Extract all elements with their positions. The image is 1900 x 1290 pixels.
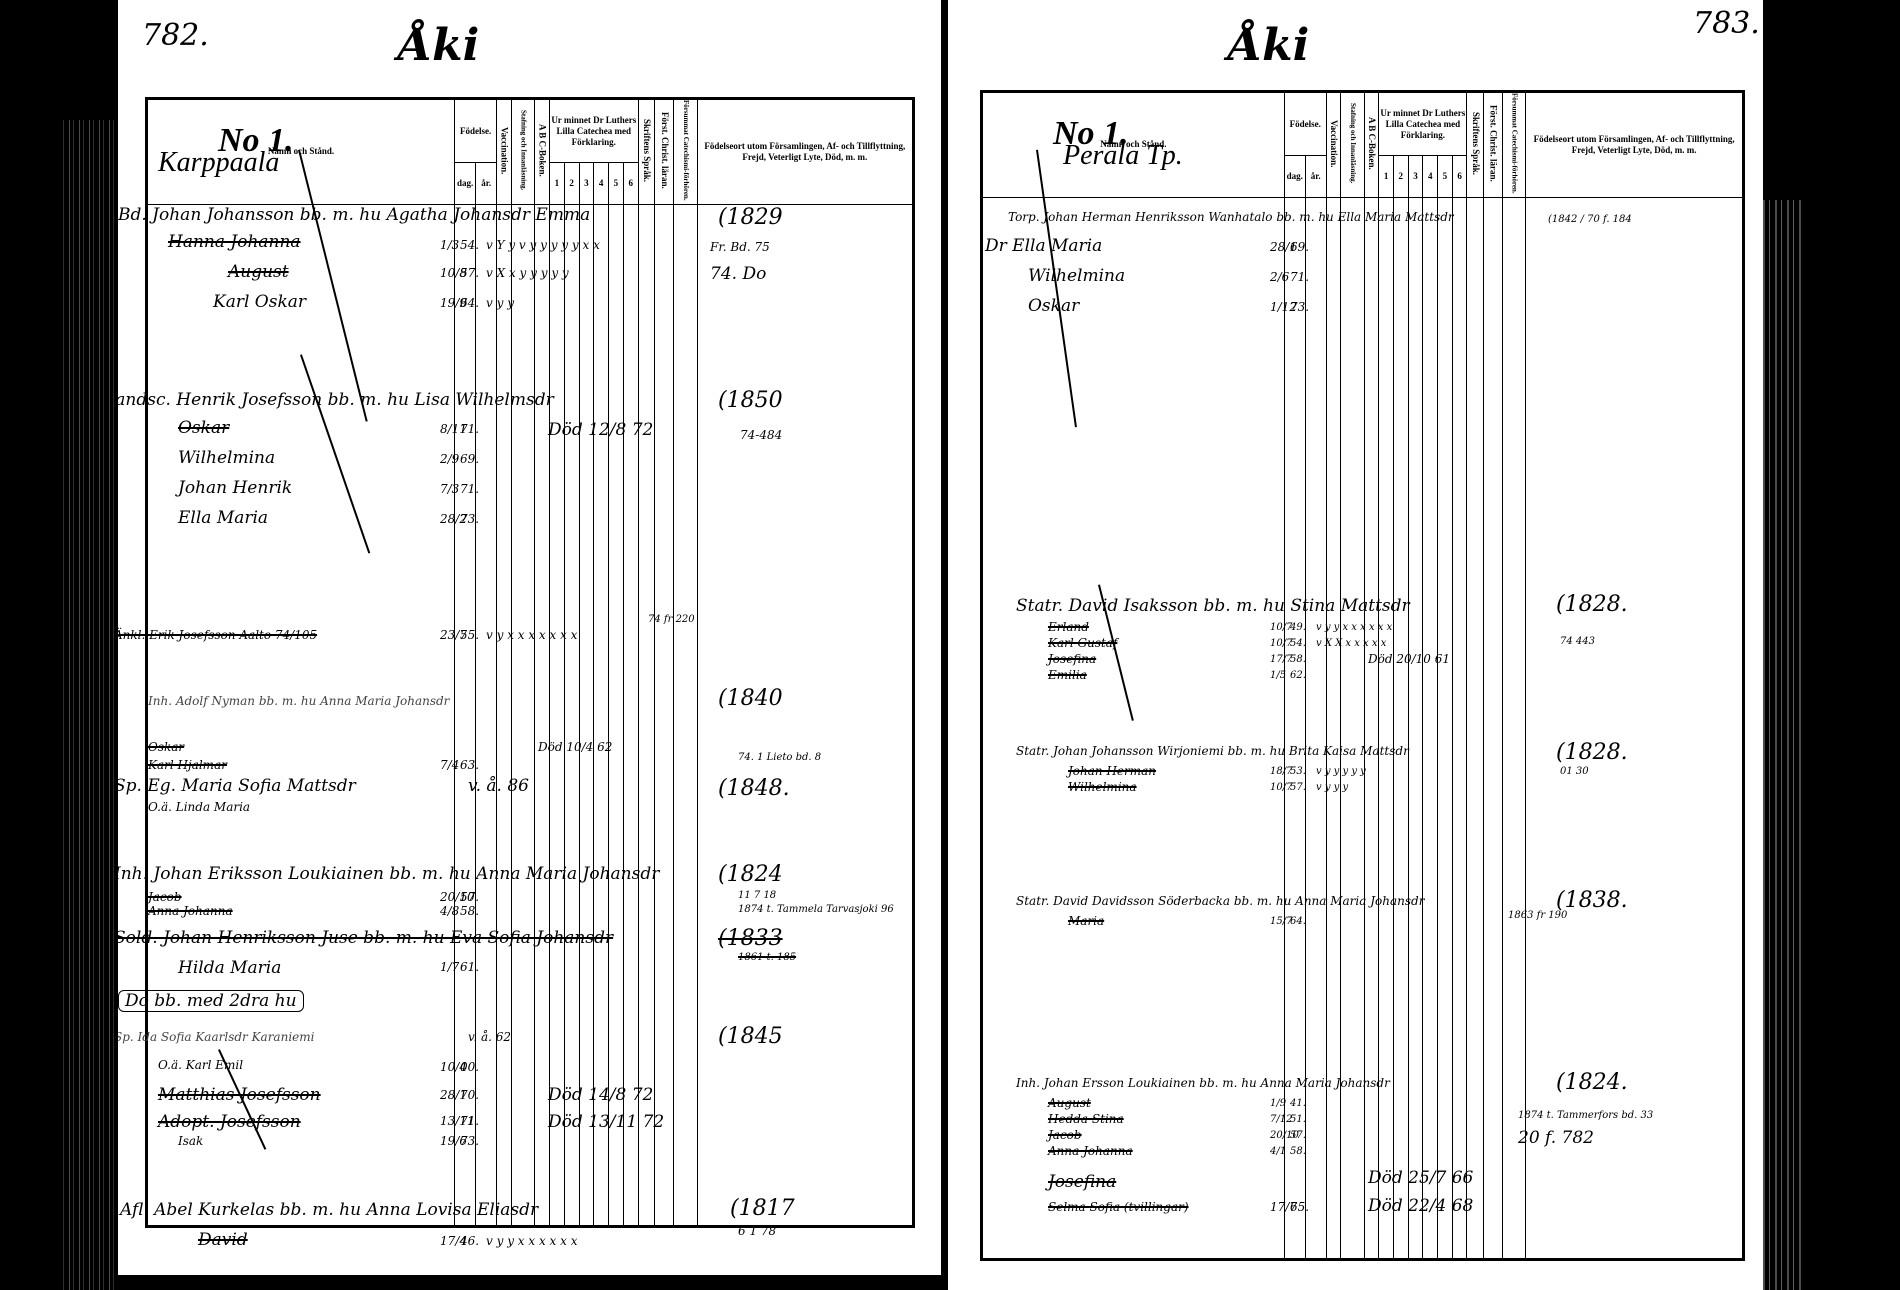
note: 01 30 — [1560, 766, 1589, 777]
note-year: (1824 — [718, 862, 783, 887]
death-status: Död 12/8 72 — [548, 420, 653, 440]
catechism-col-5: 5 — [609, 163, 624, 204]
entry-name: Afl. Abel Kurkelas bb. m. hu Anna Lovisa… — [120, 1200, 538, 1220]
catechism-header: Ur minnet Dr Luthers Lilla Catechea med … — [1379, 92, 1467, 156]
birth-year: 73. — [460, 1134, 479, 1148]
entry-name: Ella Maria — [178, 508, 268, 528]
exam-marks: v y y y — [1316, 782, 1348, 793]
exam-marks: v y y x x x x x x — [1316, 622, 1392, 633]
house-number: No 1. — [983, 128, 1284, 139]
note-year: (1828. — [1556, 592, 1628, 617]
note: 1861 t. 185 — [738, 952, 796, 963]
note-year: (1848. — [718, 776, 790, 801]
birth-header: Födelse. — [1284, 92, 1326, 156]
exam-marks: v y y y y y — [1316, 766, 1366, 777]
entry-name: Sp. Ida Sofia Kaarlsdr Karaniemi — [118, 1030, 314, 1044]
entry-name: Johan Herman — [1068, 764, 1156, 778]
entry-name: Inh. Johan Ersson Loukiainen bb. m. hu A… — [1016, 1076, 1390, 1090]
birth-year: 57. — [460, 890, 479, 904]
birth-day: 7/4 — [440, 758, 459, 772]
note: 74 fr 220 — [648, 614, 695, 625]
birth-year: 57. — [1290, 1130, 1306, 1141]
catechism-header: Ur minnet Dr Luthers Lilla Catechea med … — [549, 99, 638, 163]
birth-year: 57. — [1290, 782, 1306, 793]
entry-name: Torp. Johan Herman Henriksson Wanhatalo … — [1008, 210, 1454, 224]
entry-name: Josefina — [1048, 652, 1096, 666]
death-status: Död 22/4 68 — [1368, 1196, 1473, 1216]
exam-marks: v y x x x x x x x — [486, 628, 577, 642]
village-name: Perala Tp. — [983, 150, 1284, 161]
entry-name: O.ä. Karl Emil — [158, 1058, 243, 1072]
birth-day-header: dag. — [1284, 156, 1305, 197]
birth-year-header: år. — [1305, 156, 1326, 197]
exam-marks: v y y — [486, 296, 514, 310]
catechism-col-2: 2 — [1393, 156, 1408, 197]
entry-name: August — [228, 262, 289, 282]
birth-year: 63. — [460, 758, 479, 772]
note-year: (1840 — [718, 686, 783, 711]
note-year: (1817 — [730, 1196, 795, 1221]
note: 1863 fr 190 — [1508, 910, 1567, 921]
birth-year: 58. — [1290, 1146, 1306, 1157]
note: 74 443 — [1560, 636, 1595, 647]
note: 20 f. 782 — [1518, 1128, 1594, 1148]
entry-name: Änkl. Erik Josefsson Aalto 74/105 — [118, 628, 317, 642]
birth-day: 1/9 — [1270, 1098, 1286, 1109]
entry-name: Anna Johanna — [1048, 1144, 1133, 1158]
birth-year: 46. — [460, 1234, 479, 1248]
birth-header: Födelse. — [455, 99, 497, 163]
birth-day: 4/8 — [440, 904, 459, 918]
catechism-col-6: 6 — [623, 163, 638, 204]
birth-day: 1/7 — [440, 960, 459, 974]
entry-name: Hanna Johanna — [168, 232, 301, 252]
catechism-col-4: 4 — [1423, 156, 1438, 197]
vaccination-header: Vaccination. — [1326, 92, 1341, 198]
exam-marks: v X x y y y y y — [486, 266, 569, 280]
entry-name: Adopt. Josefsson — [158, 1112, 301, 1132]
death-status: Död 25/7 66 — [1368, 1168, 1473, 1188]
birth-year: 41. — [1290, 1098, 1306, 1109]
scan-border-left — [60, 120, 118, 1290]
notes-header: Födelseort utom Församlingen, Af- och Ti… — [697, 99, 913, 205]
scripture-header: Skriftens Språk. — [638, 99, 655, 205]
abc-header: A B C-Boken. — [535, 99, 550, 205]
catechism-col-4: 4 — [594, 163, 609, 204]
entry-name: August — [1048, 1096, 1091, 1110]
entry-name: Do bb. med 2dra hu — [118, 990, 304, 1012]
entry-name: Bd. Johan Johansson bb. m. hu Agatha Joh… — [118, 205, 590, 225]
birth-year: 65. — [1290, 1200, 1309, 1214]
birth-year: 61. — [460, 960, 479, 974]
birth-day: 1/3 — [440, 238, 459, 252]
catechism-col-3: 3 — [579, 163, 594, 204]
birth-day: 1/5 — [1270, 670, 1286, 681]
birth-year-header: år. — [476, 163, 497, 204]
entry-name: Emilia — [1048, 668, 1087, 682]
birth-year: 64. — [460, 296, 479, 310]
birth-day: 7/3 — [440, 482, 459, 496]
death-status: Död 14/8 72 — [548, 1085, 653, 1105]
note: 1874 t. Tammela Tarvasjoki 96 — [738, 904, 894, 915]
note: (1842 / 70 f. 184 — [1548, 214, 1632, 225]
entry-name: Hilda Maria — [178, 958, 281, 978]
birth-day-header: dag. — [455, 163, 476, 204]
birth-year: 64. — [1290, 916, 1306, 927]
christian-header: Först. Christ. läran. — [1484, 92, 1503, 198]
entry-name: Josefina — [1048, 1172, 1116, 1192]
birth-year: 00. — [460, 1060, 479, 1074]
missed-header: Försummat Catechismi-förhören. — [1503, 92, 1526, 198]
note-year: (1828. — [1556, 740, 1628, 765]
scan-border-right — [1763, 200, 1803, 1290]
status: v. å. 62 — [468, 1030, 511, 1044]
entry-name: Landsc. Henrik Josefsson bb. m. hu Lisa … — [118, 390, 554, 410]
entry-name: Wilhelmina — [1028, 266, 1125, 286]
abc-header: A B C-Boken. — [1364, 92, 1379, 198]
entry-name: Johan Henrik — [178, 478, 292, 498]
entry-name: Karl Hjalmar — [148, 758, 227, 772]
entry-name: Oskar — [178, 418, 229, 438]
scripture-header: Skriftens Språk. — [1467, 92, 1484, 198]
page-number: 783. — [1693, 6, 1760, 41]
catechism-col-5: 5 — [1438, 156, 1453, 197]
birth-year: 71. — [460, 482, 479, 496]
entry-name: Matthias Josefsson — [158, 1085, 321, 1105]
note: 6 1 78 — [738, 1224, 776, 1238]
vaccination-header: Vaccination. — [497, 99, 512, 205]
catechism-col-2: 2 — [564, 163, 579, 204]
entry-name: Isak — [178, 1134, 203, 1148]
missed-header: Försummat Catechismi-förhören. — [674, 99, 697, 205]
entry-name: Sold. Johan Henriksson Juse bb. m. hu Ev… — [118, 928, 613, 948]
note: 11 7 18 — [738, 890, 776, 901]
status: v. å. 86 — [468, 776, 529, 796]
birth-year: 70. — [460, 1088, 479, 1102]
birth-year: 57. — [460, 266, 479, 280]
birth-year: 54. — [1290, 638, 1306, 649]
entry-name: Jacob — [1048, 1128, 1082, 1142]
exam-marks: v X X x x x x x — [1316, 638, 1386, 649]
entry-name: Karl Gustaf — [1048, 636, 1117, 650]
note: 1874 t. Tammerfors bd. 33 — [1518, 1110, 1653, 1121]
note: 74. 1 Lieto bd. 8 — [738, 752, 821, 763]
birth-year: 71. — [460, 1114, 479, 1128]
entry-name: Hedda Stina — [1048, 1112, 1124, 1126]
entry-name: Oskar — [1028, 296, 1079, 316]
right-page: Åki 783. No 1. Namn och Stånd. Perala Tp… — [948, 0, 1763, 1290]
entry-name: Sp. Eg. Maria Sofia Mattsdr — [118, 776, 356, 796]
page-number: 782. — [142, 18, 209, 53]
death-status: Död 13/11 72 — [548, 1112, 664, 1132]
parish-title: Åki — [1228, 20, 1309, 71]
catechism-col-1: 1 — [1379, 156, 1394, 197]
note: Fr. Bd. 75 — [710, 240, 770, 254]
parish-title: Åki — [398, 20, 479, 71]
reading-header: Stafning och Innanläsning. — [512, 99, 535, 205]
note-year: (1824. — [1556, 1070, 1628, 1095]
birth-year: 69. — [460, 452, 479, 466]
name-header: No 1. Namn och Stånd. Perala Tp. — [982, 92, 1285, 198]
entry-name: Statr. David Davidsson Söderbacka bb. m.… — [1016, 894, 1424, 908]
entry-name: Maria — [1068, 914, 1104, 928]
house-number: No 1. — [148, 135, 454, 146]
entry-name: O.ä. Linda Maria — [148, 800, 250, 814]
note: 74-484 — [740, 428, 782, 442]
note-year: (1845 — [718, 1024, 783, 1049]
left-page: 782. Åki No 1. Namn och Stånd. Karppaala… — [118, 0, 946, 1275]
birth-year: 69. — [1290, 240, 1309, 254]
birth-year: 62. — [1290, 670, 1306, 681]
birth-year: 49. — [1290, 622, 1306, 633]
entry-name: Selma Sofia (tvillingar) — [1048, 1200, 1189, 1214]
exam-marks: v Y y v y y y y y x x — [486, 238, 600, 252]
entry-name: Wilhelmina — [178, 448, 275, 468]
entry-name: Statr. Johan Johansson Wirjoniemi bb. m.… — [1016, 744, 1409, 758]
birth-day: 2/9 — [440, 452, 459, 466]
death-status: Död 20/10 61 — [1368, 652, 1450, 666]
christian-header: Först. Christ. läran. — [655, 99, 674, 205]
entry-name: Erland — [1048, 620, 1089, 634]
birth-year: 71. — [1290, 270, 1309, 284]
catechism-col-3: 3 — [1408, 156, 1423, 197]
notes-header: Födelseort utom Församlingen, Af- och Ti… — [1526, 92, 1744, 198]
birth-day: 2/6 — [1270, 270, 1289, 284]
catechism-col-1: 1 — [549, 163, 564, 204]
birth-day: 4/1 — [1270, 1146, 1286, 1157]
birth-year: 71. — [460, 422, 479, 436]
death-status: Död 10/4 62 — [538, 740, 612, 754]
birth-year: 55. — [460, 628, 479, 642]
entry-name: Statr. David Isaksson bb. m. hu Stina Ma… — [1016, 596, 1410, 616]
birth-year: 53. — [1290, 766, 1306, 777]
reading-header: Stafning och Innanläsning. — [1341, 92, 1364, 198]
note: 74. Do — [710, 264, 766, 284]
entry-name: Anna Johanna — [148, 904, 233, 918]
note-year: (1850 — [718, 388, 783, 413]
catechism-col-6: 6 — [1452, 156, 1467, 197]
birth-year: 73. — [460, 512, 479, 526]
note-year: (1833 — [718, 926, 783, 951]
note-year: (1829 — [718, 205, 783, 230]
birth-year: 58. — [1290, 654, 1306, 665]
birth-year: 54. — [460, 238, 479, 252]
entry-name: Dr Ella Maria — [985, 236, 1102, 256]
entry-name: Inh. Adolf Nyman bb. m. hu Anna Maria Jo… — [148, 694, 449, 708]
entry-name: David — [198, 1230, 248, 1250]
birth-year: 51. — [1290, 1114, 1306, 1125]
entry-name: Inh. Johan Eriksson Loukiainen bb. m. hu… — [118, 864, 659, 884]
entry-name: Karl Oskar — [213, 292, 306, 312]
birth-year: 73. — [1290, 300, 1309, 314]
birth-year: 58. — [460, 904, 479, 918]
entry-name: Wilhelmina — [1068, 780, 1137, 794]
entry-name: Jacob — [148, 890, 182, 904]
entry-name: Oskar — [148, 740, 184, 754]
exam-marks: v y y x x x x x x — [486, 1234, 577, 1248]
